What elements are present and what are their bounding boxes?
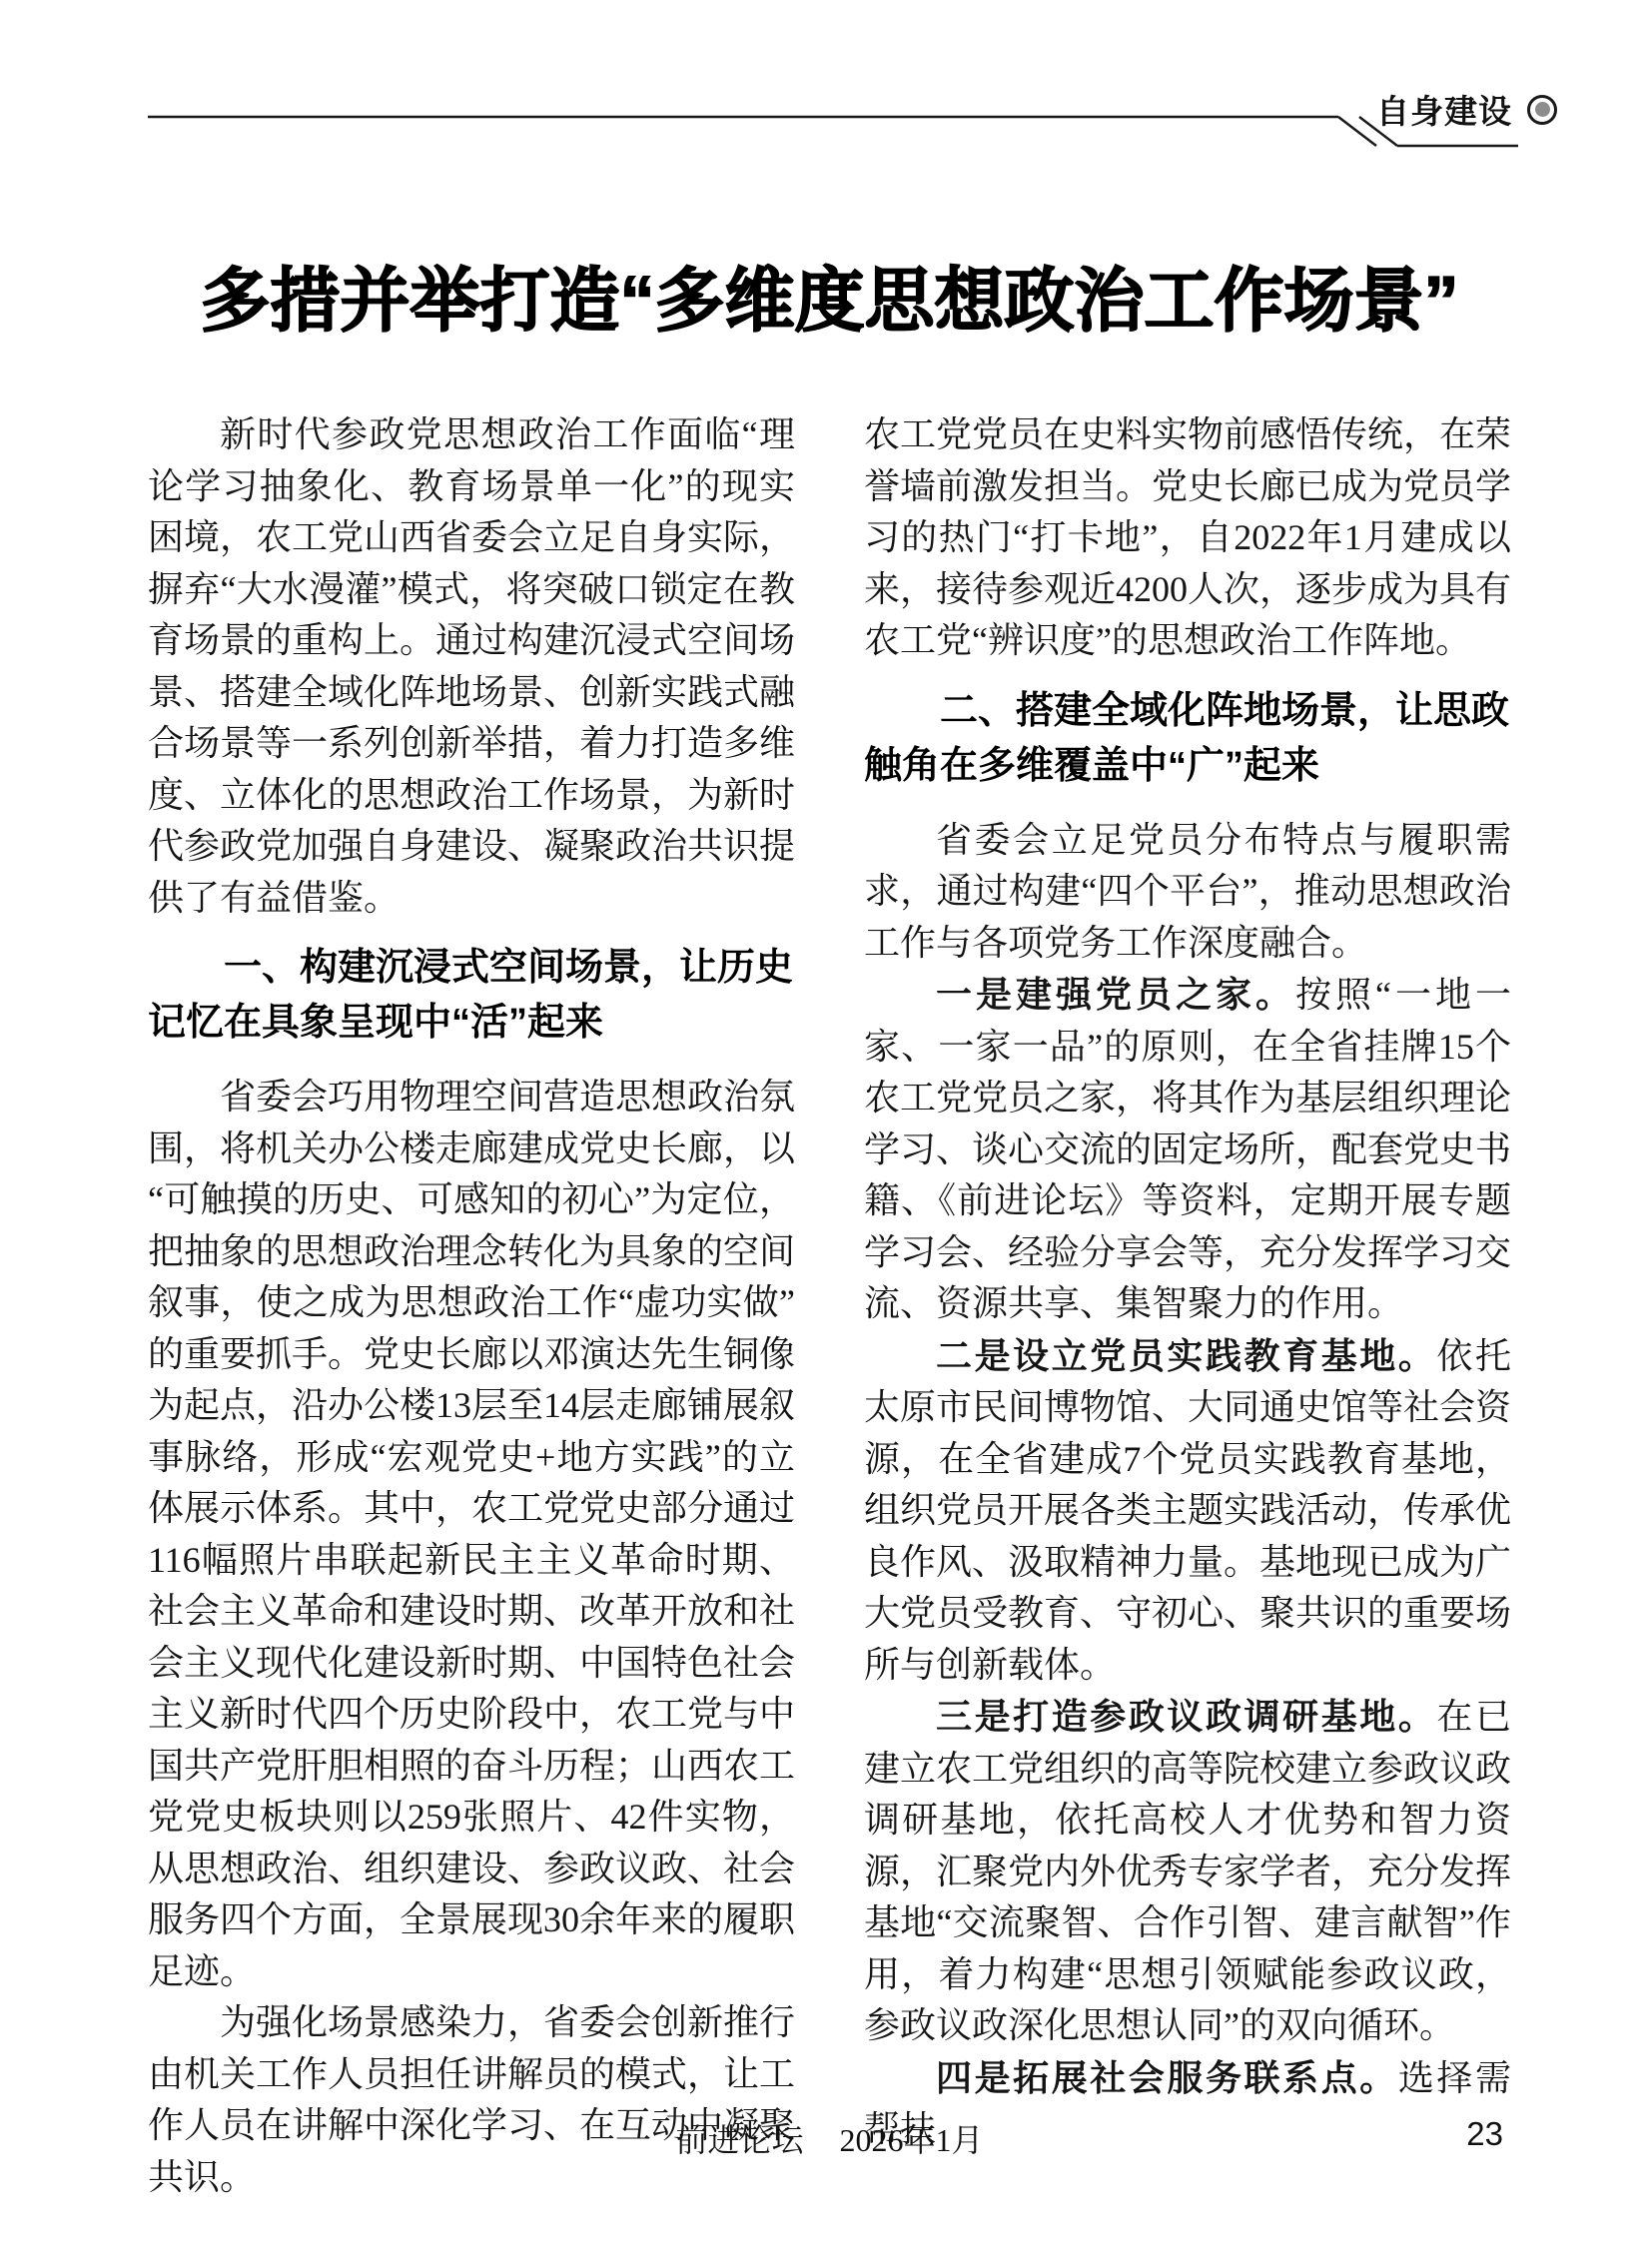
paragraph-corridor: 省委会巧用物理空间营造思想政治氛围，将机关办公楼走廊建成党史长廊，以“可触摸的历…: [148, 1072, 795, 1997]
section-heading-1: 一、构建沉浸式空间场景，让历史记忆在具象呈现中“活”起来: [148, 941, 795, 1051]
footer-journal-line: 前进论坛2026年1月: [148, 2115, 1511, 2161]
article-title: 多措并举打造“多维度思想政治工作场景”: [148, 261, 1511, 342]
platform-item-3: 三是打造参政议政调研基地。在已建立农工党组织的高等院校建立参政议政调研基地，依托…: [864, 1691, 1511, 2052]
platform-item-3-lead: 三是打造参政议政调研基地。: [936, 1696, 1436, 1737]
paragraph-intro: 新时代参政党思想政治工作面临“理论学习抽象化、教育场景单一化”的现实困境，农工党…: [148, 409, 795, 924]
footer-page-number: 23: [1466, 2115, 1503, 2153]
section-bullet-icon: [1527, 95, 1557, 125]
paragraph-continuation: 农工党党员在史料实物前感悟传统，在荣誉墙前激发担当。党史长廊已成为党员学习的热门…: [864, 409, 1511, 667]
page-footer: 前进论坛2026年1月 23: [148, 2115, 1511, 2165]
platform-item-1-text: 按照“一地一家、一家一品”的原则，在全省挂牌15个农工党党员之家，将其作为基层组…: [864, 975, 1511, 1323]
platform-item-3-text: 在已建立农工党组织的高等院校建立参政议政调研基地，依托高校人才优势和智力资源，汇…: [864, 1697, 1511, 2045]
platform-item-1: 一是建强党员之家。按照“一地一家、一家一品”的原则，在全省挂牌15个农工党党员之…: [864, 969, 1511, 1330]
right-column: 农工党党员在史料实物前感悟传统，在荣誉墙前激发担当。党史长廊已成为党员学习的热门…: [864, 409, 1511, 2203]
magazine-page: 自身建设 多措并举打造“多维度思想政治工作场景” 新时代参政党思想政治工作面临“…: [0, 0, 1652, 2242]
paragraph-platforms: 省委会立足党员分布特点与履职需求，通过构建“四个平台”，推动思想政治工作与各项党…: [864, 815, 1511, 970]
footer-issue-date: 2026年1月: [840, 2122, 984, 2158]
platform-item-2: 二是设立党员实践教育基地。依托太原市民间博物馆、大同通史馆等社会资源，在全省建成…: [864, 1330, 1511, 1692]
section-heading-2: 二、搭建全域化阵地场景，让思政触角在多维覆盖中“广”起来: [864, 684, 1511, 794]
platform-item-4-lead: 四是拓展社会服务联系点。: [936, 2057, 1398, 2098]
left-column: 新时代参政党思想政治工作面临“理论学习抽象化、教育场景单一化”的现实困境，农工党…: [148, 409, 795, 2203]
footer-journal-name: 前进论坛: [675, 2122, 803, 2158]
platform-item-1-lead: 一是建强党员之家。: [936, 974, 1295, 1015]
header-rule-line: [148, 114, 1518, 150]
paragraph-guide: 为强化场景感染力，省委会创新推行由机关工作人员担任讲解员的模式，让工作人员在讲解…: [148, 1997, 795, 2203]
platform-item-2-text: 依托太原市民间博物馆、大同通史馆等社会资源，在全省建成7个党员实践教育基地，组织…: [864, 1336, 1511, 1685]
article-body: 新时代参政党思想政治工作面临“理论学习抽象化、教育场景单一化”的现实困境，农工党…: [148, 409, 1511, 2203]
platform-item-2-lead: 二是设立党员实践教育基地。: [936, 1335, 1436, 1376]
section-bullet-dot: [1535, 102, 1550, 117]
